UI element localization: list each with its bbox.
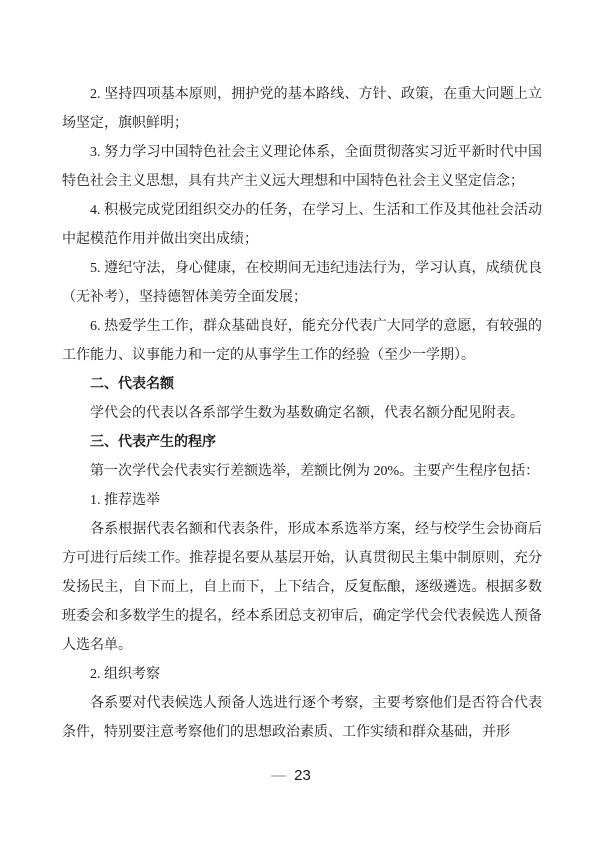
section-heading-procedure: 三、代表产生的程序 [62,428,542,457]
condition-item-2: 2. 坚持四项基本原则，拥护党的基本路线、方针、政策，在重大问题上立场坚定，旗帜… [62,80,542,138]
page-number: 23 [294,767,311,784]
document-body: 2. 坚持四项基本原则，拥护党的基本路线、方针、政策，在重大问题上立场坚定，旗帜… [62,80,542,747]
footer-dash: — [271,767,286,784]
organization-review-paragraph: 各系要对代表候选人预备人选进行逐个考察，主要考察他们是否符合代表条件，特别要注意… [62,689,542,747]
condition-item-3: 3. 努力学习中国特色社会主义理论体系，全面贯彻落实习近平新时代中国特色社会主义… [62,138,542,196]
subitem-recommend-election: 1. 推荐选举 [62,486,542,515]
subitem-organization-review: 2. 组织考察 [62,660,542,689]
condition-item-5: 5. 遵纪守法，身心健康，在校期间无违纪违法行为，学习认真，成绩优良（无补考），… [62,254,542,312]
document-page: 2. 坚持四项基本原则，拥护党的基本路线、方针、政策，在重大问题上立场坚定，旗帜… [0,0,600,848]
condition-item-6: 6. 热爱学生工作，群众基础良好，能充分代表广大同学的意愿，有较强的工作能力、议… [62,312,542,370]
section-heading-quota: 二、代表名额 [62,370,542,399]
page-footer: —23 [0,766,591,786]
condition-item-4: 4. 积极完成党团组织交办的任务，在学习上、生活和工作及其他社会活动中起模范作用… [62,196,542,254]
recommend-election-paragraph: 各系根据代表名额和代表条件，形成本系选举方案，经与校学生会协商后方可进行后续工作… [62,515,542,660]
quota-paragraph: 学代会的代表以各系部学生数为基数确定名额，代表名额分配见附表。 [62,399,542,428]
procedure-intro-paragraph: 第一次学代会代表实行差额选举，差额比例为 20%。主要产生程序包括： [62,457,542,486]
